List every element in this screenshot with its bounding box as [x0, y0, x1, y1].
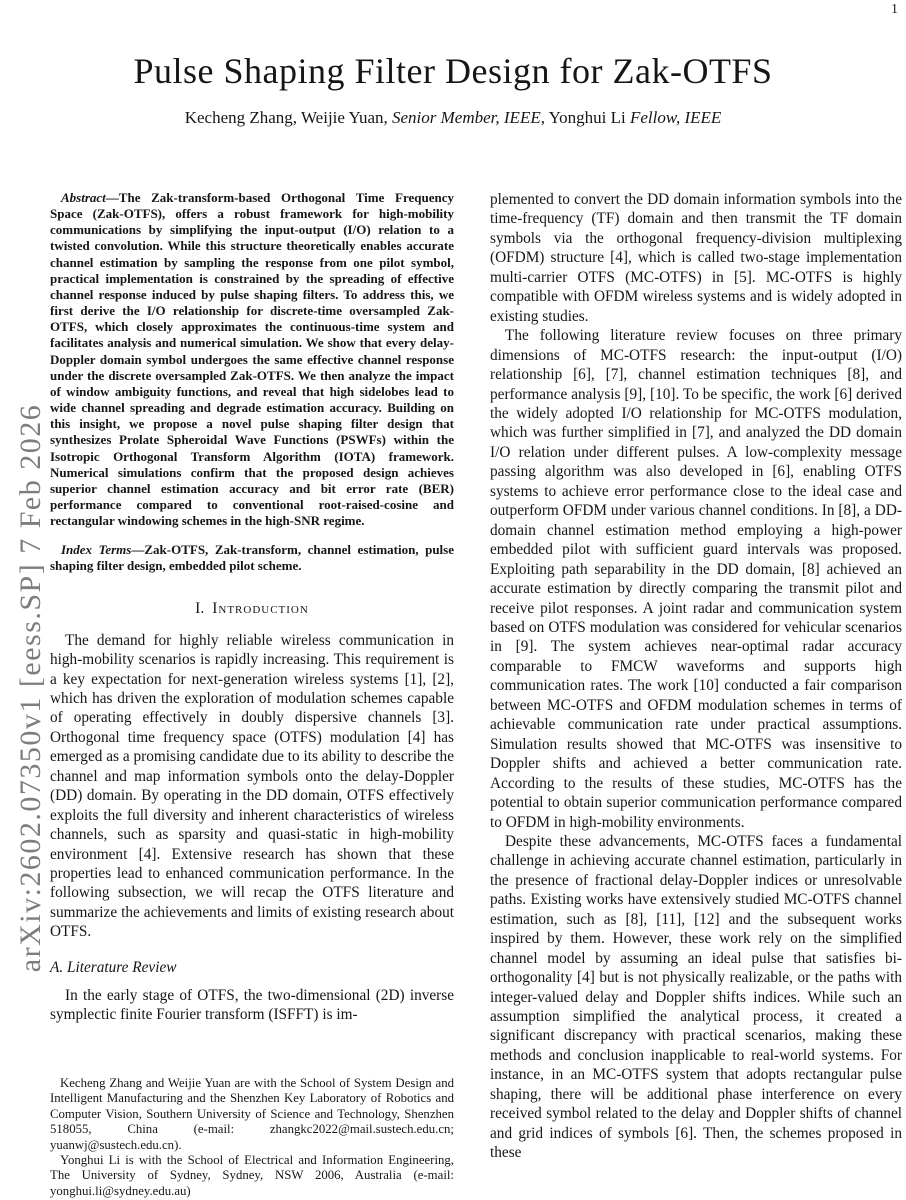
affiliation-footnote-1: Kecheng Zhang and Weijie Yuan are with t… [50, 1076, 454, 1153]
right-column-paragraph-3: Despite these advancements, MC-OTFS face… [490, 832, 902, 1163]
abstract-paragraph: Abstract—The Zak-transform-based Orthogo… [50, 190, 454, 529]
arxiv-identifier-watermark: arXiv:2602.07350v1 [eess.SP] 7 Feb 2026 [14, 404, 48, 972]
authors-line: Kecheng Zhang, Weijie Yuan, Senior Membe… [0, 108, 906, 128]
paper-title: Pulse Shaping Filter Design for Zak-OTFS [0, 0, 906, 92]
right-column-paragraph-2: The following literature review focuses … [490, 326, 902, 832]
abstract-text: —The Zak-transform-based Orthogonal Time… [50, 190, 454, 528]
index-terms-label: Index Terms [61, 542, 131, 557]
literature-review-paragraph: In the early stage of OTFS, the two-dime… [50, 986, 454, 1025]
author-membership-1: Senior Member, IEEE [392, 108, 541, 127]
paper-page: { "page_number": "1", "watermark_text": … [0, 0, 906, 1200]
section-title: Introduction [212, 600, 309, 617]
subsection-heading-literature-review: A. Literature Review [50, 959, 454, 977]
author-names-2: , Yonghui Li [541, 108, 630, 127]
right-column: plemented to convert the DD domain infor… [490, 190, 902, 1200]
introduction-paragraph: The demand for highly reliable wireless … [50, 631, 454, 942]
section-number: I. [195, 600, 204, 617]
author-affiliation-footnotes: Kecheng Zhang and Weijie Yuan are with t… [50, 1076, 454, 1199]
paper-header: Pulse Shaping Filter Design for Zak-OTFS… [0, 0, 906, 128]
section-heading-introduction: I.Introduction [50, 600, 454, 618]
abstract-label: Abstract [61, 190, 106, 205]
author-membership-2: Fellow, IEEE [630, 108, 721, 127]
affiliation-footnote-2: Yonghui Li is with the School of Electri… [50, 1153, 454, 1199]
right-column-paragraph-1: plemented to convert the DD domain infor… [490, 190, 902, 326]
left-column: Abstract—The Zak-transform-based Orthogo… [50, 190, 454, 1025]
index-terms-paragraph: Index Terms—Zak-OTFS, Zak-transform, cha… [50, 542, 454, 574]
author-names-1: Kecheng Zhang, Weijie Yuan, [185, 108, 392, 127]
